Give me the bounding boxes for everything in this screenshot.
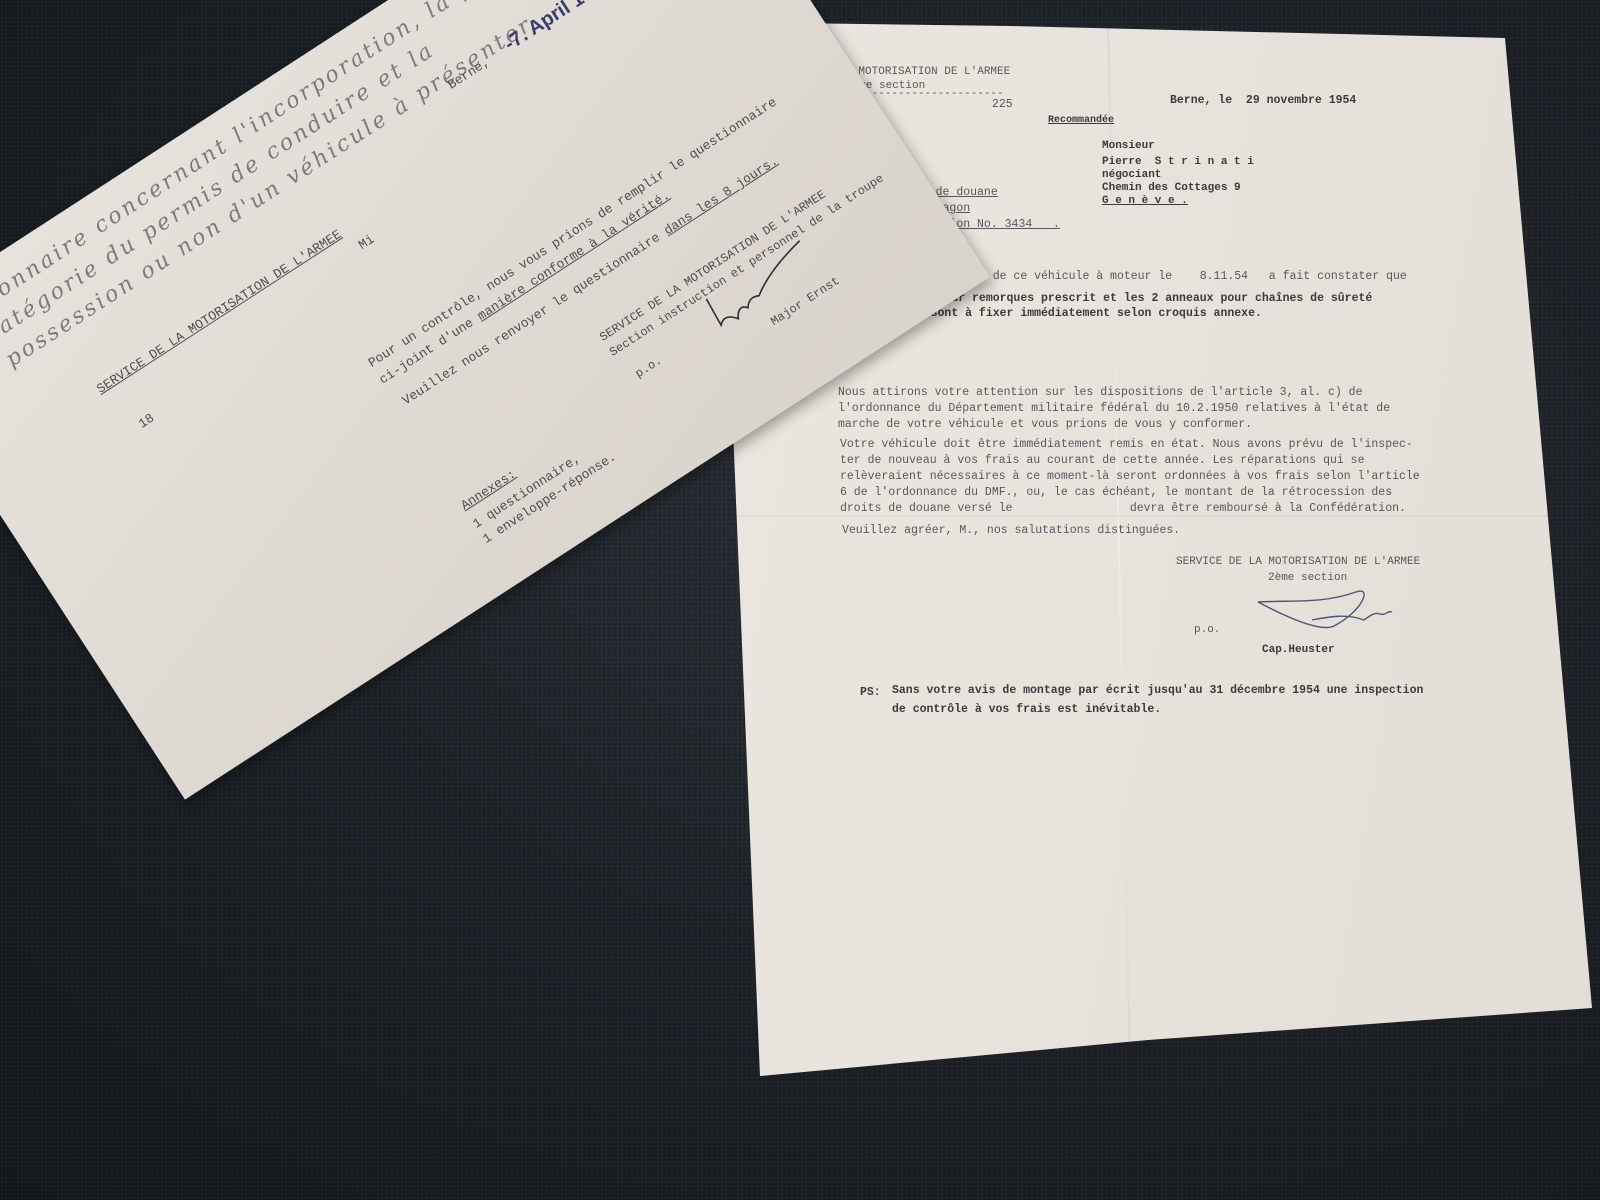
place-date: Berne, le 29 novembre 1954 — [1170, 92, 1356, 109]
recipient-salutation: Monsieur — [1102, 140, 1155, 154]
initials: Mi — [355, 230, 379, 255]
closing: Veuillez agréer, M., nos salutations dis… — [842, 522, 1180, 539]
para3-line5: droits de douane versé le devra être rem… — [840, 500, 1406, 517]
ps-line2: de contrôle à vos frais est inévitable. — [892, 701, 1161, 718]
body-line-2: ci-joint d'une manière conforme à la vér… — [375, 186, 674, 390]
signature-po: p.o. — [1194, 622, 1220, 639]
para2-line1: Nous attirons votre attention sur les di… — [838, 384, 1363, 401]
para2-line2: l'ordonnance du Département militaire fé… — [838, 400, 1390, 417]
recipient-city: G e n è v e . — [1102, 193, 1188, 210]
para3-line3: relèveraient nécessaires à ce moment-là … — [840, 468, 1420, 485]
signature-po: p.o. — [631, 351, 666, 383]
signature-org: SERVICE DE LA MOTORISATION DE L'ARMEE — [1176, 554, 1420, 571]
date-stamp: -7. April 1960 — [500, 0, 616, 56]
para3-line4: 6 de l'ordonnance du DMF., ou, le cas éc… — [840, 484, 1392, 501]
signature-heuster-icon — [1252, 580, 1412, 640]
reference-number: 18 — [135, 409, 159, 434]
ps-label: PS: — [860, 684, 881, 701]
para3-line2: ter de nouveau à vos frais au courant de… — [840, 452, 1365, 469]
header-ref-right: 225 — [992, 96, 1013, 113]
para2-line3: marche de votre véhicule et vous prions … — [838, 416, 1252, 433]
signer-name: Cap.Heuster — [1262, 642, 1335, 659]
para3-line1: Votre véhicule doit être immédiatement r… — [840, 436, 1413, 453]
ps-line1: Sans votre avis de montage par écrit jus… — [892, 682, 1423, 699]
registered-label: Recommandée — [1048, 112, 1114, 129]
